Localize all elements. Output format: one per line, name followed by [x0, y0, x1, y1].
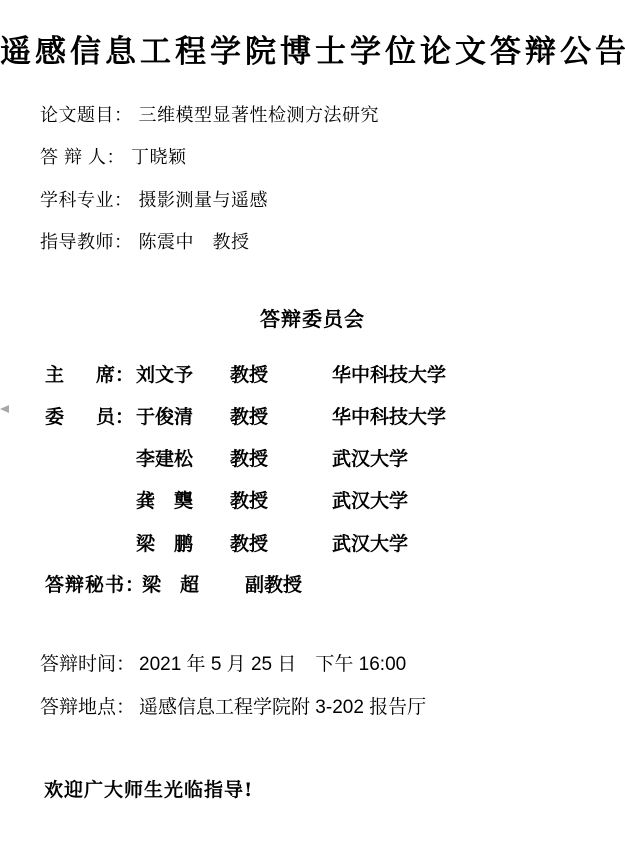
secretary-title: 副教授	[245, 570, 302, 597]
member-name: 梁 鹏	[136, 529, 193, 556]
page-title: 遥感信息工程学院博士学位论文答辩公告	[0, 26, 625, 71]
member-affiliation: 武汉大学	[332, 529, 408, 556]
thesis-title-value: 三维模型显著性检测方法研究	[139, 105, 380, 125]
member-name: 龚 龑	[136, 486, 193, 513]
defense-time-value: 2021 年 5 月 25 日 下午 16:00	[139, 654, 406, 675]
defender-value: 丁晓颖	[131, 147, 187, 167]
member-role-label: 委 员：	[45, 402, 134, 429]
member-title: 教授	[230, 486, 268, 513]
major-label: 学科专业：	[40, 190, 133, 210]
committee-row-secretary: 答辩秘书： 梁 超 副教授	[0, 570, 625, 596]
advisor-label: 指导教师：	[40, 232, 133, 252]
major-line: 学科专业：摄影测量与遥感	[40, 186, 268, 212]
defense-venue-value: 遥感信息工程学院附 3-202 报告厅	[139, 697, 426, 718]
committee-row-member: 委 员： 于俊清 教授 华中科技大学	[0, 402, 625, 428]
secretary-label: 答辩秘书：	[45, 570, 145, 597]
committee-row-member: 龚 龑 教授 武汉大学	[0, 486, 625, 512]
advisor-line: 指导教师：陈震中 教授	[40, 228, 250, 254]
defense-time-line: 答辩时间：2021 年 5 月 25 日 下午 16:00	[40, 649, 406, 676]
defense-time-label: 答辩时间：	[40, 654, 135, 675]
member-title: 教授	[230, 529, 268, 556]
committee-row-member: 李建松 教授 武汉大学	[0, 444, 625, 470]
defender-label: 答 辩 人：	[40, 147, 125, 167]
thesis-title-line: 论文题目：三维模型显著性检测方法研究	[40, 101, 379, 127]
thesis-title-label: 论文题目：	[40, 105, 133, 125]
member-title: 教授	[230, 444, 268, 471]
member-title: 教授	[230, 402, 268, 429]
chair-role-label: 主 席：	[45, 360, 134, 387]
secretary-name: 梁 超	[142, 570, 199, 597]
member-affiliation: 华中科技大学	[332, 402, 446, 429]
chair-role-left: 主	[45, 360, 64, 387]
chair-name: 刘文予	[136, 360, 193, 387]
defense-venue-line: 答辩地点：遥感信息工程学院附 3-202 报告厅	[40, 692, 426, 719]
welcome-message: 欢迎广大师生光临指导!	[44, 775, 253, 802]
member-affiliation: 武汉大学	[332, 444, 408, 471]
chair-role-right: 席：	[96, 360, 134, 387]
advisor-value: 陈震中 教授	[139, 232, 250, 252]
member-role-right: 员：	[96, 402, 134, 429]
committee-row-member: 梁 鹏 教授 武汉大学	[0, 529, 625, 555]
member-name: 李建松	[136, 444, 193, 471]
defense-venue-label: 答辩地点：	[40, 697, 135, 718]
committee-heading: 答辩委员会	[0, 303, 625, 332]
member-name: 于俊清	[136, 402, 193, 429]
member-affiliation: 武汉大学	[332, 486, 408, 513]
chair-affiliation: 华中科技大学	[332, 360, 446, 387]
major-value: 摄影测量与遥感	[139, 190, 269, 210]
member-role-left: 委	[45, 402, 64, 429]
defender-line: 答 辩 人：丁晓颖	[40, 143, 187, 169]
chair-title: 教授	[230, 360, 268, 387]
committee-row-chair: 主 席： 刘文予 教授 华中科技大学	[0, 360, 625, 386]
